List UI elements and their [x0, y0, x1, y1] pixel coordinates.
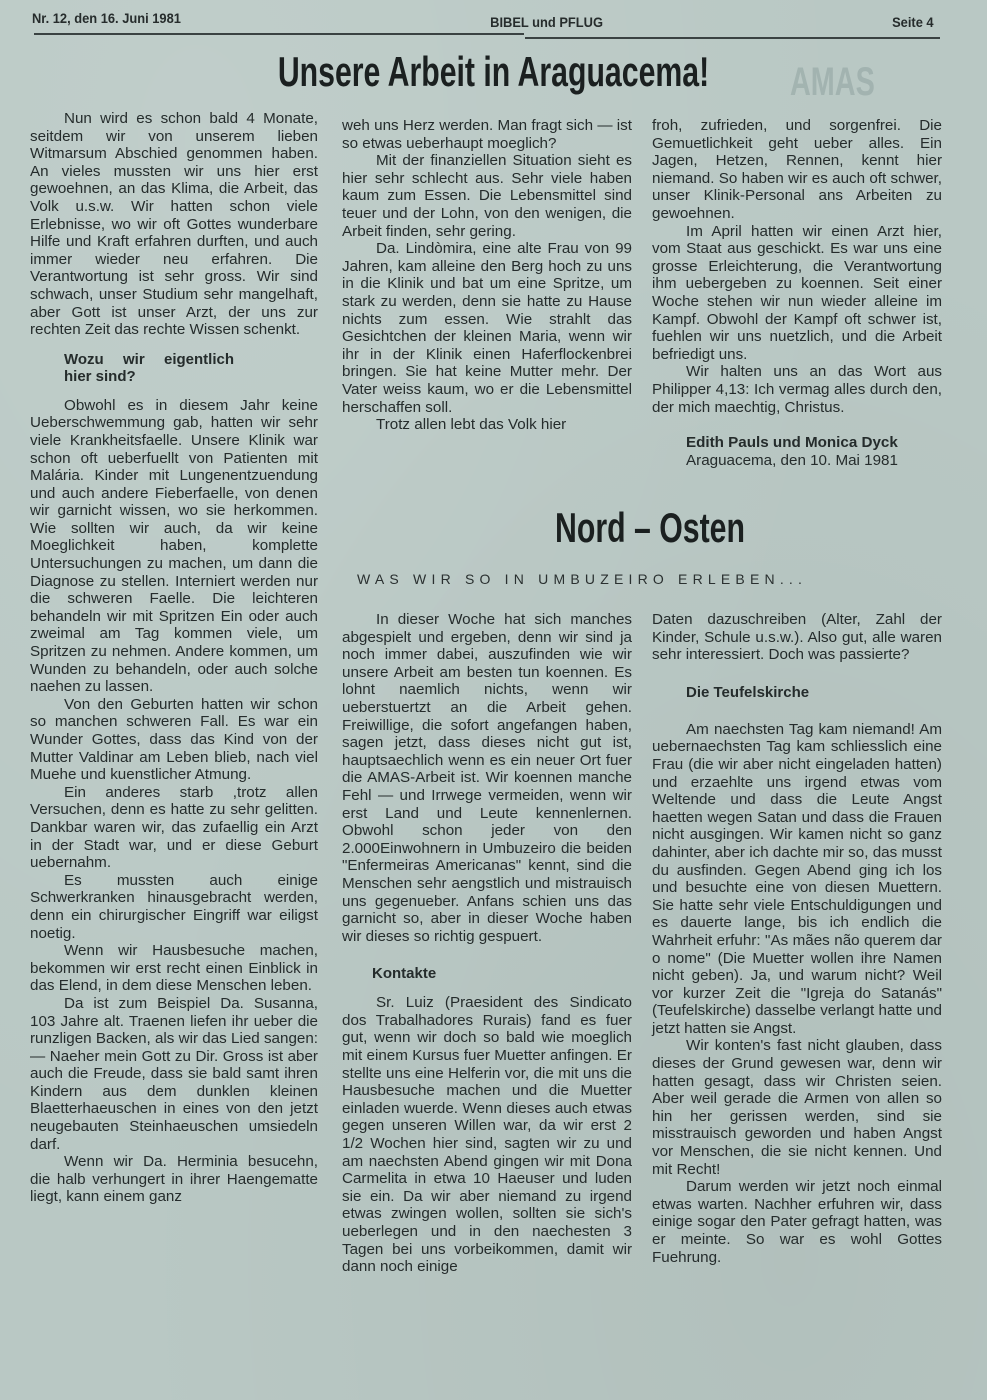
authors: Edith Pauls und Monica Dyck — [686, 434, 942, 452]
page-header: Nr. 12, den 16. Juni 1981 BIBEL und PFLU… — [32, 10, 869, 34]
newspaper-page: Nr. 12, den 16. Juni 1981 BIBEL und PFLU… — [0, 0, 987, 1400]
section-heading: Wozu wir eigentlich hier sind? — [64, 351, 234, 385]
paragraph: Es mussten auch einige Schwerkranken hin… — [30, 872, 318, 942]
article1-column-1: Nun wird es schon bald 4 Monate, seitdem… — [30, 110, 318, 1206]
paragraph: Trotz allen lebt das Volk hier — [342, 416, 632, 434]
paragraph: In dieser Woche hat sich manches abgespi… — [342, 611, 632, 945]
paragraph: Wir halten uns an das Wort aus Philipper… — [652, 363, 942, 416]
paragraph: Daten dazuschreiben (Alter, Zahl der Kin… — [652, 611, 942, 664]
paragraph: Obwohl es in diesem Jahr keine Ueberschw… — [30, 397, 318, 696]
section-heading: Kontakte — [372, 965, 632, 982]
paragraph: Da ist zum Beispiel Da. Susanna, 103 Jah… — [30, 995, 318, 1153]
paragraph: Wenn wir Hausbesuche machen, bekommen wi… — [30, 942, 318, 995]
paragraph: Am naechsten Tag kam niemand! Am ueberna… — [652, 721, 942, 1038]
paragraph: Darum werden wir jetzt noch einmal etwas… — [652, 1178, 942, 1266]
paragraph: Nun wird es schon bald 4 Monate, seitdem… — [30, 110, 318, 339]
paragraph: Mit der finanziellen Situation sieht es … — [342, 152, 632, 240]
header-rule-right — [525, 37, 940, 39]
paragraph: Wenn wir Da. Herminia besucehn, die halb… — [30, 1153, 318, 1206]
section-heading: Die Teufelskirche — [686, 684, 942, 701]
article2-subtitle: WAS WIR SO IN UMBUZEIRO ERLEBEN... — [357, 571, 957, 587]
paragraph: Sr. Luiz (Praesident des Sindicato dos T… — [342, 994, 632, 1276]
paragraph: Wir konten's fast nicht glauben, dass di… — [652, 1037, 942, 1178]
paragraph: weh uns Herz werden. Man fragt sich — is… — [342, 117, 632, 152]
article1-title: Unsere Arbeit in Araguacema! — [138, 48, 849, 96]
article1-column-3: froh, zufrieden, und sorgenfrei. Die Gem… — [652, 117, 942, 469]
paragraph: Im April hatten wir einen Arzt hier, vom… — [652, 223, 942, 364]
issue-info: Nr. 12, den 16. Juni 1981 — [32, 10, 181, 26]
article2-title: Nord – Osten — [427, 504, 873, 552]
header-rule-left — [34, 33, 524, 35]
article2-column-2: Daten dazuschreiben (Alter, Zahl der Kin… — [652, 611, 942, 1266]
paragraph: froh, zufrieden, und sorgenfrei. Die Gem… — [652, 117, 942, 223]
article1-column-2: weh uns Herz werden. Man fragt sich — is… — [342, 117, 632, 434]
paragraph: Da. Lindòmira, eine alte Frau von 99 Jah… — [342, 240, 632, 416]
page-number: Seite 4 — [892, 14, 934, 30]
paragraph: Von den Geburten hatten wir schon so man… — [30, 696, 318, 784]
paragraph: Ein anderes starb ,trotz allen Versuchen… — [30, 784, 318, 872]
article2-column-1: In dieser Woche hat sich manches abgespi… — [342, 611, 632, 1276]
signature: Edith Pauls und Monica Dyck Araguacema, … — [652, 434, 942, 469]
place-date: Araguacema, den 10. Mai 1981 — [686, 452, 942, 470]
publication-name: BIBEL und PFLUG — [490, 14, 603, 30]
